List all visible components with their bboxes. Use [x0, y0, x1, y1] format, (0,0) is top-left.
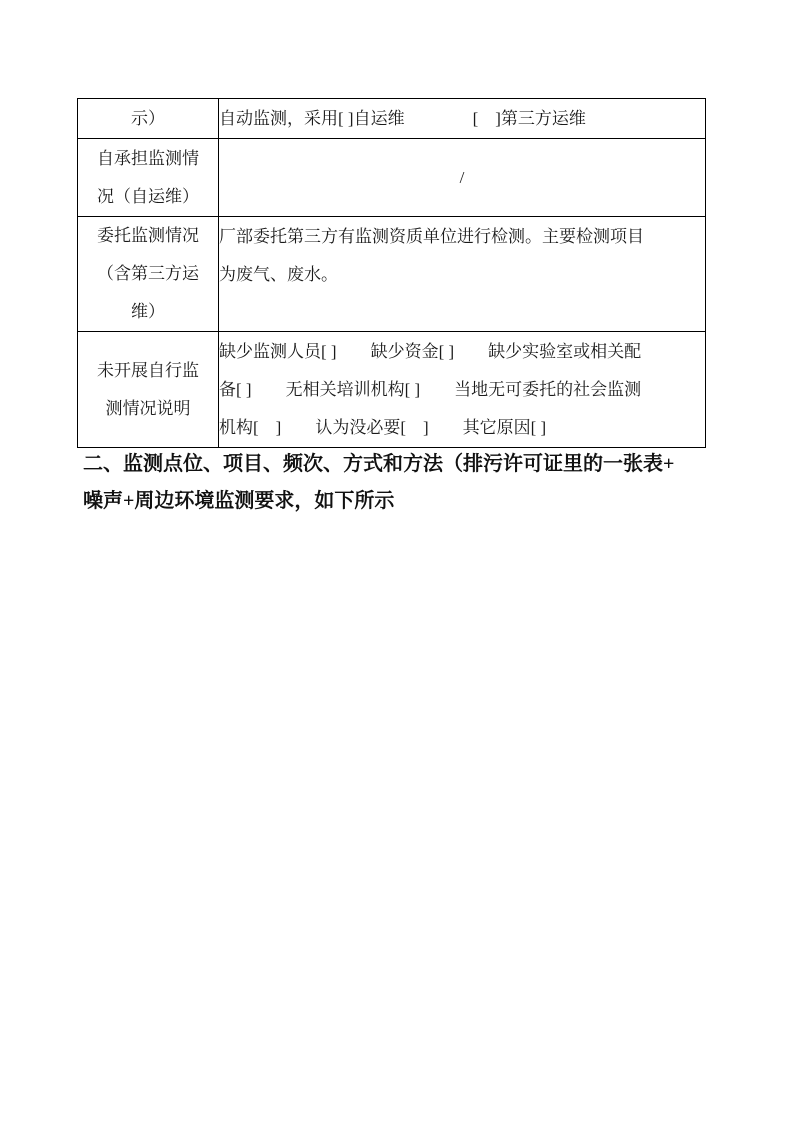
row-content-no-self-monitoring-reason: 缺少监测人员[ ] 缺少资金[ ] 缺少实验室或相关配 备[ ] 无相关培训机构…	[219, 332, 706, 448]
row-label-continued: 示）	[78, 99, 219, 139]
table-row: 委托监测情况 （含第三方运 维） 厂部委托第三方有监测资质单位进行检测。主要检测…	[78, 217, 706, 332]
row-content-self-monitoring: /	[219, 139, 706, 217]
row-label-entrusted-monitoring: 委托监测情况 （含第三方运 维）	[78, 217, 219, 332]
section-heading: 二、监测点位、项目、频次、方式和方法（排污许可证里的一张表+ 噪声+周边环境监测…	[83, 446, 728, 520]
row-label-self-monitoring: 自承担监测情 况（自运维）	[78, 139, 219, 217]
document-page: 示） 自动监测，采用[ ]自运维 [ ]第三方运维 自承担监测情 况（自运维） …	[0, 0, 800, 1131]
row-content-auto-monitoring: 自动监测，采用[ ]自运维 [ ]第三方运维	[219, 99, 706, 139]
table-row: 示） 自动监测，采用[ ]自运维 [ ]第三方运维	[78, 99, 706, 139]
table-row: 自承担监测情 况（自运维） /	[78, 139, 706, 217]
table-row: 未开展自行监 测情况说明 缺少监测人员[ ] 缺少资金[ ] 缺少实验室或相关配…	[78, 332, 706, 448]
row-label-no-self-monitoring-reason: 未开展自行监 测情况说明	[78, 332, 219, 448]
monitoring-table: 示） 自动监测，采用[ ]自运维 [ ]第三方运维 自承担监测情 况（自运维） …	[77, 98, 706, 448]
row-content-entrusted-monitoring: 厂部委托第三方有监测资质单位进行检测。主要检测项目 为废气、废水。	[219, 217, 706, 332]
